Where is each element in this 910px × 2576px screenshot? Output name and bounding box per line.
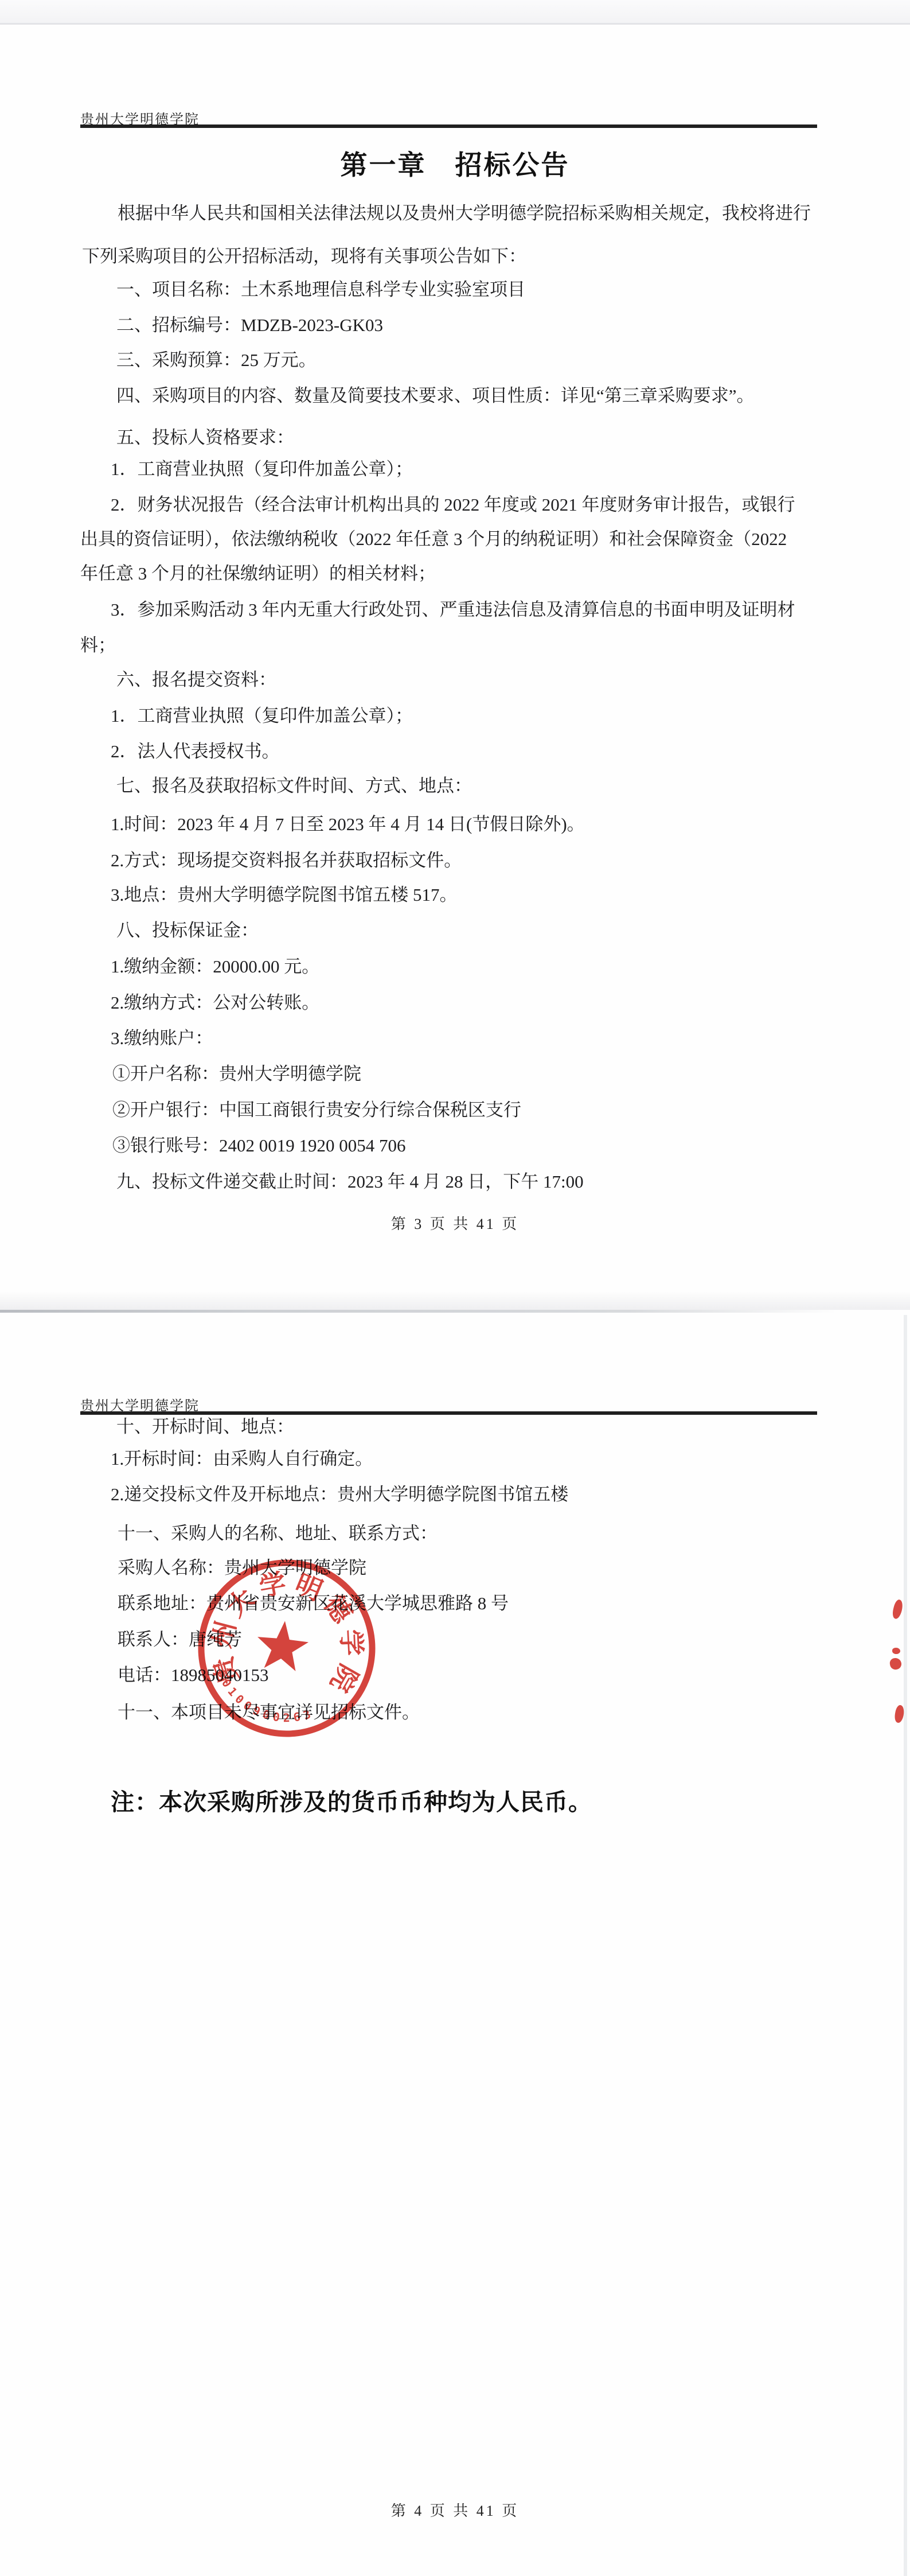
doc-line: 出具的资信证明），依法缴纳税收（2022 年任意 3 个月的纳税证明）和社会保障… [80,528,787,550]
doc-line: 3.地点：贵州大学明德学院图书馆五楼 517。 [111,884,458,906]
scan-top-edge [0,0,910,25]
doc-line: 根据中华人民共和国相关法律法规以及贵州大学明德学院招标采购相关规定，我校将进行 [118,203,811,224]
header-rule [80,124,817,128]
doc-line: 3．参加采购活动 3 年内无重大行政处罚、严重违法信息及清算信息的书面申明及证明… [111,599,795,621]
doc-line: 1.开标时间：由采购人自行确定。 [111,1448,373,1470]
stamp-fragment [889,1657,903,1671]
doc-line: 2.递交投标文件及开标地点：贵州大学明德学院图书馆五楼 [111,1484,568,1505]
doc-line: 下列采购项目的公开招标活动，现将有关事项公告如下： [82,246,526,267]
doc-line: 1.缴纳金额：20000.00 元。 [111,956,319,978]
doc-line: 三、采购预算：25 万元。 [116,349,317,371]
header-rule [80,1411,817,1415]
doc-line: 料； [80,635,116,656]
doc-line: 1.时间：2023 年 4 月 7 日至 2023 年 4 月 14 日(节假日… [111,814,585,835]
page-footer: 第 4 页 共 41 页 [0,2499,910,2520]
scanned-document: 贵州大学明德学院 第一章 招标公告 根据中华人民共和国相关法律法规以及贵州大学明… [0,0,910,2576]
doc-line: ③银行账号：2402 0019 1920 0054 706 [112,1135,406,1157]
doc-line: 十、开标时间、地点： [116,1416,294,1438]
doc-line: 2.方式：现场提交资料报名并获取招标文件。 [111,850,462,871]
doc-line: 一、项目名称：土木系地理信息科学专业实验室项目 [116,279,525,301]
page-title: 第一章 招标公告 [0,144,910,182]
page-separator [0,1292,910,1310]
doc-line: 1．工商营业执照（复印件加盖公章）； [111,458,413,480]
scan-right-edge [904,1315,907,2576]
doc-line: ②开户银行：中国工商银行贵安分行综合保税区支行 [112,1099,521,1121]
page-separator-line [0,1310,837,1313]
doc-line: 二、招标编号：MDZB-2023-GK03 [116,314,383,336]
doc-line: 2．法人代表授权书。 [111,741,280,762]
doc-line: 九、投标文件递交截止时间：2023 年 4 月 28 日，下午 17:00 [116,1171,584,1193]
doc-line: 四、采购项目的内容、数量及简要技术要求、项目性质：详见“第三章采购要求”。 [116,385,755,407]
doc-line: 六、报名提交资料： [116,669,276,691]
official-seal-stamp: 贵州大学明德学院 50100900263 [194,1556,379,1741]
doc-line: 2.缴纳方式：公对公转账。 [111,992,319,1014]
doc-line: 十一、采购人的名称、地址、联系方式： [118,1523,438,1544]
doc-line: 五、投标人资格要求： [116,427,294,449]
currency-note: 注：本次采购所涉及的货币币种均为人民币。 [111,1783,592,1817]
stamp-fragment [892,1648,900,1654]
doc-line: 八、投标保证金： [116,920,259,941]
doc-line: 3.缴纳账户： [111,1028,213,1049]
seal-serial-number: 50100900263 [210,1667,321,1728]
page-footer: 第 3 页 共 41 页 [0,1212,910,1233]
doc-line: 2．财务状况报告（经合法审计机构出具的 2022 年度或 2021 年度财务审计… [111,494,795,516]
seal-star [255,1618,311,1672]
doc-line: 1．工商营业执照（复印件加盖公章）； [111,705,413,727]
stamp-fragment [891,1599,904,1620]
doc-line: ①开户名称：贵州大学明德学院 [112,1063,361,1085]
doc-line: 七、报名及获取招标文件时间、方式、地点： [116,775,472,797]
doc-line: 年任意 3 个月的社保缴纳证明）的相关材料； [80,563,436,585]
